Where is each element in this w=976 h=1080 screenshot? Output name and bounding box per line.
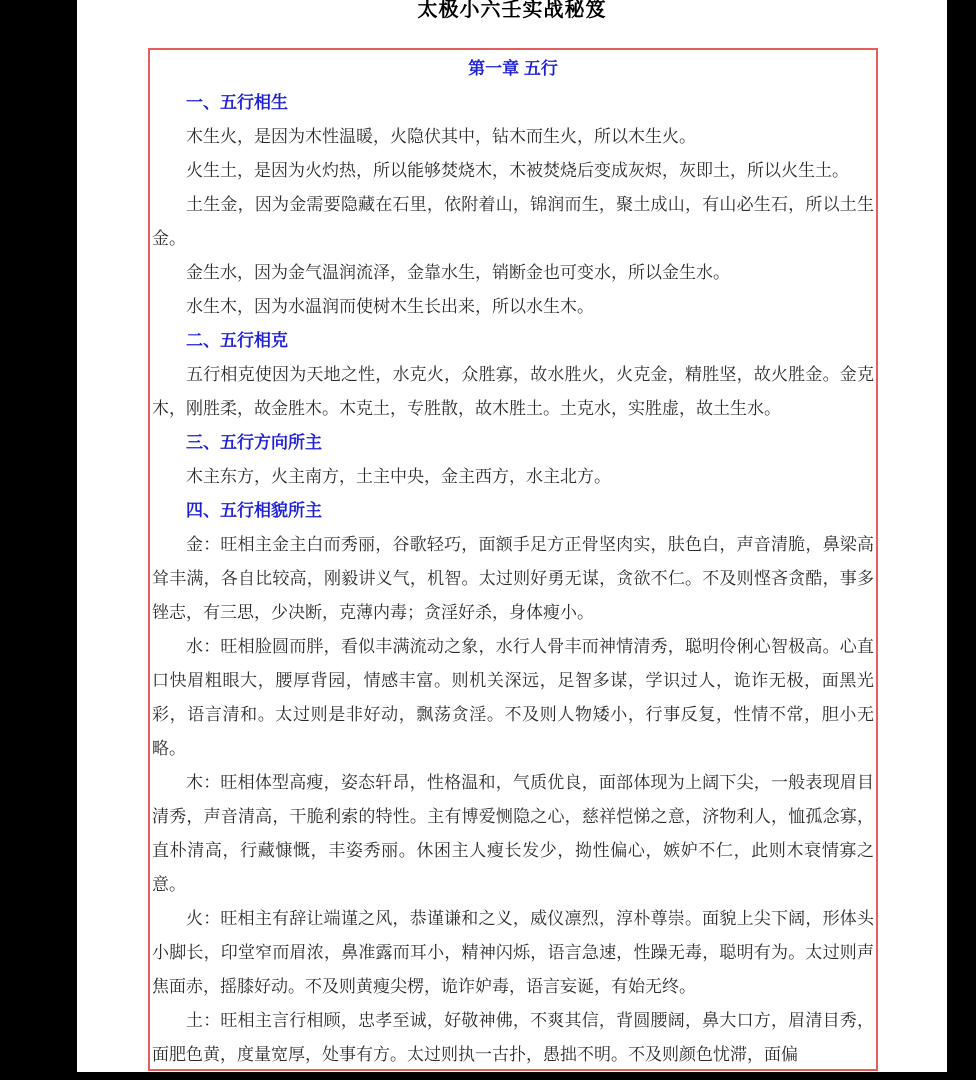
paragraph: 水生木，因为水温润而使树木生长出来，所以水生木。	[152, 290, 874, 324]
sections-container: 一、五行相生木生火，是因为木性温暖，火隐伏其中，钻木而生火，所以木生火。火生土，…	[152, 86, 874, 1071]
paragraph: 木：旺相体型高瘦，姿态轩昂，性格温和，气质优良，面部体现为上阔下尖，一般表现眉目…	[152, 766, 874, 902]
paragraph: 火生土，是因为火灼热，所以能够焚烧木，木被焚烧后变成灰烬，灰即土，所以火生土。	[152, 154, 874, 188]
section-heading-2: 二、五行相克	[152, 324, 874, 358]
section-heading-4: 四、五行相貌所主	[152, 494, 874, 528]
section-heading-1: 一、五行相生	[152, 86, 874, 120]
paragraph: 水：旺相脸圆而胖，看似丰满流动之象，水行人骨丰而神情清秀，聪明伶俐心智极高。心直…	[152, 630, 874, 766]
paragraph: 火：旺相主有辞让端谨之风，恭谨谦和之义，威仪凛烈，淳朴尊崇。面貌上尖下阔，形体头…	[152, 902, 874, 1004]
bottom-black-bar	[0, 1072, 976, 1080]
chapter-text-box: 第一章 五行 一、五行相生木生火，是因为木性温暖，火隐伏其中，钻木而生火，所以木…	[148, 48, 878, 1071]
screenshot-frame: 太极小六壬实战秘笈 第一章 五行 一、五行相生木生火，是因为木性温暖，火隐伏其中…	[0, 0, 976, 1080]
paragraph: 五行相克使因为天地之性，水克火，众胜寡，故水胜火，火克金，精胜坚，故火胜金。金克…	[152, 358, 874, 426]
document-title: 太极小六壬实战秘笈	[77, 0, 947, 23]
paragraph: 土：旺相主言行相顾，忠孝至诚，好敬神佛，不爽其信，背圆腰阔，鼻大口方，眉清目秀，…	[152, 1004, 874, 1071]
section-heading-3: 三、五行方向所主	[152, 426, 874, 460]
chapter-heading: 第一章 五行	[152, 52, 874, 86]
document-page: 太极小六壬实战秘笈 第一章 五行 一、五行相生木生火，是因为木性温暖，火隐伏其中…	[77, 0, 947, 1072]
paragraph: 金：旺相主金主白而秀丽，谷歌轻巧，面额手足方正骨坚肉实，肤色白，声音清脆，鼻梁高…	[152, 528, 874, 630]
paragraph: 土生金，因为金需要隐藏在石里，依附着山，锦润而生，聚土成山，有山必生石，所以土生…	[152, 188, 874, 256]
paragraph: 木生火，是因为木性温暖，火隐伏其中，钻木而生火，所以木生火。	[152, 120, 874, 154]
paragraph: 木主东方，火主南方，土主中央，金主西方，水主北方。	[152, 460, 874, 494]
paragraph: 金生水，因为金气温润流泽，金靠水生，销断金也可变水，所以金生水。	[152, 256, 874, 290]
